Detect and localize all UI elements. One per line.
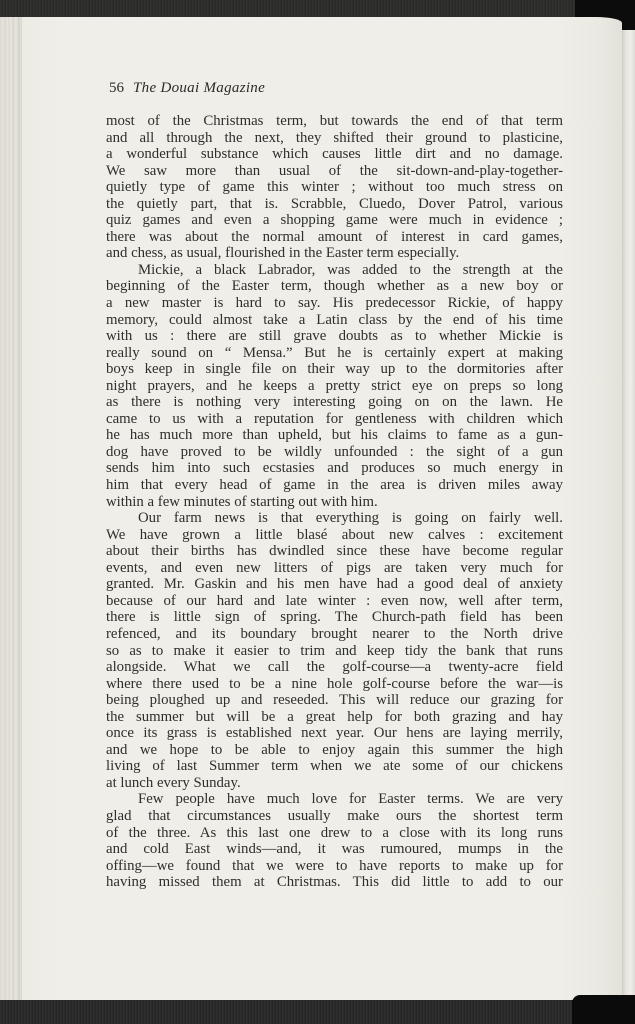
text-line: about their births has dwindled since th… bbox=[106, 543, 563, 560]
text-line: of the three. As this last one drew to a… bbox=[106, 825, 563, 842]
text-line: within a few minutes of starting out wit… bbox=[106, 494, 563, 511]
text-line: at lunch every Sunday. bbox=[106, 775, 563, 792]
text-line: he has much more than upheld, but his cl… bbox=[106, 427, 563, 444]
text-line: alongside. What we call the golf-course—… bbox=[106, 659, 563, 676]
text-line: quietly type of game this winter ; witho… bbox=[106, 179, 563, 196]
text-line: most of the Christmas term, but towards … bbox=[106, 113, 563, 130]
text-line: and we hope to be able to enjoy again th… bbox=[106, 742, 563, 759]
scanned-page: 56The Douai Magazine most of the Christm… bbox=[0, 0, 635, 1024]
text-line: boys keep in single file on their way up… bbox=[106, 361, 563, 378]
paragraph: Mickie, a black Labrador, was added to t… bbox=[106, 262, 563, 510]
text-line: a new master is hard to say. His predece… bbox=[106, 295, 563, 312]
text-line: and chess, as usual, flourished in the E… bbox=[106, 245, 563, 262]
text-line: the summer but will be a great help for … bbox=[106, 709, 563, 726]
text-line: We saw more than usual of the sit-down-a… bbox=[106, 163, 563, 180]
text-line: We have grown a little blasé about new c… bbox=[106, 527, 563, 544]
text-line: Few people have much love for Easter ter… bbox=[106, 791, 563, 808]
text-line: living of last Summer term when we ate s… bbox=[106, 758, 563, 775]
text-line: events, and even new litters of pigs are… bbox=[106, 560, 563, 577]
text-line: Our farm news is that everything is goin… bbox=[106, 510, 563, 527]
text-line: the quietly part, that is. Scrabble, Clu… bbox=[106, 196, 563, 213]
text-line: being ploughed up and reseeded. This wil… bbox=[106, 692, 563, 709]
text-line: night prayers, and he keeps a pretty str… bbox=[106, 378, 563, 395]
text-line: having missed them at Christmas. This di… bbox=[106, 874, 563, 891]
text-line: him that every head of game in the area … bbox=[106, 477, 563, 494]
stacked-page-edges bbox=[0, 17, 22, 1000]
text-line: and all through the next, they shifted t… bbox=[106, 130, 563, 147]
text-line: once its grass is established next year.… bbox=[106, 725, 563, 742]
paragraph: Our farm news is that everything is goin… bbox=[106, 510, 563, 791]
text-line: dog have proved to be wildly unfounded :… bbox=[106, 444, 563, 461]
text-line: glad that circumstances usually make our… bbox=[106, 808, 563, 825]
text-line: and cold East winds—and, it was rumoured… bbox=[106, 841, 563, 858]
text-line: a wonderful substance which causes littl… bbox=[106, 146, 563, 163]
text-line: there is little sign of spring. The Chur… bbox=[106, 609, 563, 626]
text-line: sends him into such ecstasies and produc… bbox=[106, 460, 563, 477]
page-curl-right bbox=[622, 30, 635, 995]
text-line: beginning of the Easter term, though whe… bbox=[106, 278, 563, 295]
text-line: Mickie, a black Labrador, was added to t… bbox=[106, 262, 563, 279]
text-line: quiz games and even a shopping game were… bbox=[106, 212, 563, 229]
text-line: where there used to be a nine hole golf-… bbox=[106, 676, 563, 693]
text-line: with us : there are still grave doubts a… bbox=[106, 328, 563, 345]
book-cover-top-edge bbox=[0, 0, 580, 18]
text-line: there was about the normal amount of int… bbox=[106, 229, 563, 246]
text-line: as there is nothing very interesting goi… bbox=[106, 394, 563, 411]
text-line: came to us with a reputation for gentlen… bbox=[106, 411, 563, 428]
running-header: 56The Douai Magazine bbox=[109, 80, 265, 100]
text-line: so as to make it easier to trim and keep… bbox=[106, 643, 563, 660]
text-line: offing—we found that we were to have rep… bbox=[106, 858, 563, 875]
paragraph: Few people have much love for Easter ter… bbox=[106, 791, 563, 890]
running-title: The Douai Magazine bbox=[133, 80, 265, 96]
paragraph: most of the Christmas term, but towards … bbox=[106, 113, 563, 262]
text-line: memory, could almost take a Latin class … bbox=[106, 312, 563, 329]
text-line: granted. Mr. Gaskin and his men have had… bbox=[106, 576, 563, 593]
text-line: really sound on “ Mensa.” But he is cert… bbox=[106, 345, 563, 362]
text-line: refenced, and its boundary brought neare… bbox=[106, 626, 563, 643]
page-number: 56 bbox=[109, 80, 124, 96]
book-cover-bottom-edge bbox=[0, 1000, 635, 1024]
body-text: most of the Christmas term, but towards … bbox=[106, 113, 563, 891]
text-line: because of our hard and late winter : ev… bbox=[106, 593, 563, 610]
book-cover-bottom-right-shadow bbox=[572, 995, 635, 1024]
